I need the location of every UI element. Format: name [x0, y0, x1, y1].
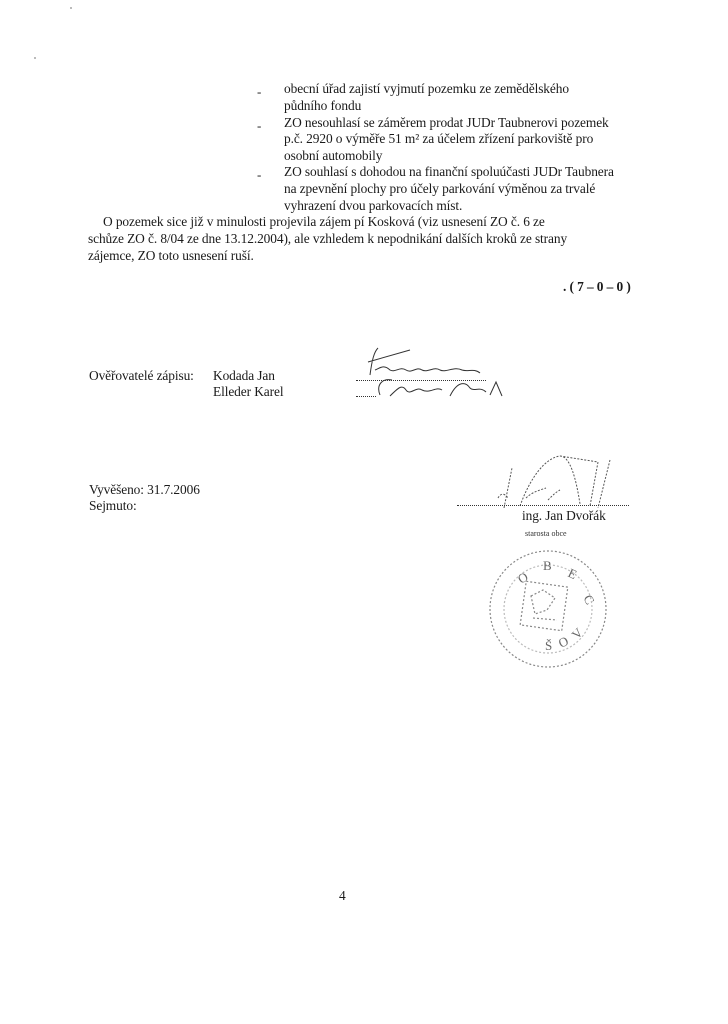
verifiers-label: Ověřovatelé zápisu:: [89, 368, 194, 385]
bullet-2-line-1: ZO nesouhlasí se záměrem prodat JUDr Tau…: [284, 115, 609, 132]
removed-date: Sejmuto:: [89, 498, 137, 515]
bullet-2-line-3: osobní automobily: [284, 148, 382, 165]
verifier-signatures: [350, 340, 550, 410]
bullet-marker: -: [257, 118, 261, 134]
bullet-marker: -: [257, 84, 261, 100]
page-number: 4: [339, 888, 346, 905]
mayor-signature-line: [457, 505, 629, 506]
bullet-3-line-1: ZO souhlasí s dohodou na finanční spoluú…: [284, 164, 614, 181]
bullet-1-line-2: půdního fondu: [284, 98, 361, 115]
paragraph-line-1: O pozemek sice již v minulosti projevila…: [103, 214, 545, 231]
mayor-title: starosta obce: [525, 529, 567, 538]
posted-date: Vyvěšeno: 31.7.2006: [89, 482, 200, 499]
paragraph-line-3: zájemce, ZO toto usnesení ruší.: [88, 248, 254, 265]
svg-text:B: B: [543, 558, 552, 573]
paragraph-line-2: schůze ZO č. 8/04 ze dne 13.12.2004), al…: [88, 231, 567, 248]
bullet-2-line-2: p.č. 2920 o výměře 51 m² za účelem zříze…: [284, 131, 593, 148]
mayor-signature: [490, 448, 630, 508]
mayor-name: ing. Jan Dvořák: [522, 508, 606, 525]
svg-text:E: E: [566, 565, 580, 582]
bullet-3-line-2: na zpevnění plochy pro účely parkování v…: [284, 181, 595, 198]
bullet-1-line-1: obecní úřad zajistí vyjmutí pozemku ze z…: [284, 81, 569, 98]
svg-text:C: C: [580, 592, 597, 607]
bullet-3-line-3: vyhrazení dvou parkovacích míst.: [284, 198, 462, 215]
svg-text:O: O: [515, 569, 531, 587]
bullet-marker: -: [257, 167, 261, 183]
vote-result: . ( 7 – 0 – 0 ): [563, 279, 631, 296]
svg-text:O: O: [556, 633, 571, 651]
municipal-stamp: O B E C Š O V: [483, 544, 613, 674]
verifier-name-1: Kodada Jan: [213, 368, 275, 385]
scan-speck: [70, 7, 72, 9]
svg-text:Š: Š: [545, 638, 552, 653]
svg-text:V: V: [569, 624, 587, 642]
verifier-name-2: Elleder Karel: [213, 384, 283, 401]
scan-speck: [34, 57, 36, 59]
